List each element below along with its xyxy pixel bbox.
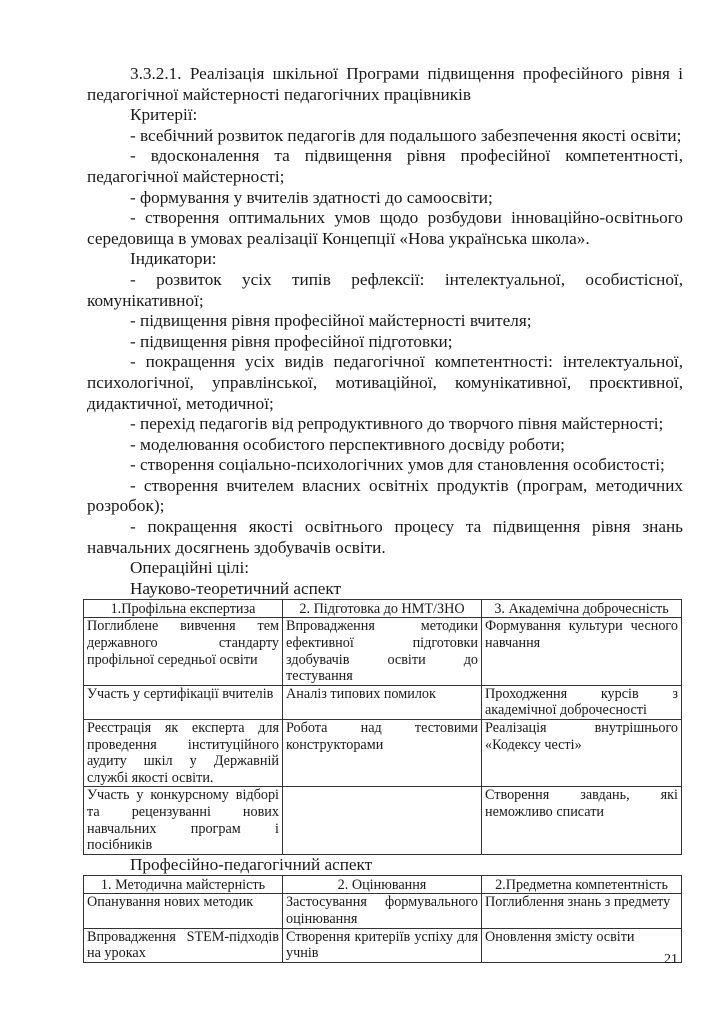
table1-caption: Науково-теоретичний аспект bbox=[87, 579, 683, 599]
scientific-theoretical-table: 1.Профільна експертиза 2. Підготовка до … bbox=[83, 599, 682, 855]
indicator-item: - створення вчителем власних освітніх пр… bbox=[87, 476, 683, 517]
document-page: 3.3.2.1. Реалізація шкільної Програми пі… bbox=[87, 64, 683, 963]
operational-goals-label: Операційні цілі: bbox=[87, 558, 683, 579]
table-header-cell: 2.Предметна компетентність bbox=[482, 875, 682, 894]
table-row: Впровадження STEM-підходів на уроках Ств… bbox=[84, 928, 682, 962]
criteria-item: - створення оптимальних умов щодо розбуд… bbox=[87, 208, 683, 249]
table-cell: Впровадження STEM-підходів на уроках bbox=[84, 928, 283, 962]
table-cell bbox=[283, 787, 482, 854]
table-header-cell: 2. Підготовка до НМТ/ЗНО bbox=[283, 599, 482, 618]
table2-caption: Професійно-педагогічний аспект bbox=[87, 855, 683, 875]
table-cell: Створення завдань, які неможливо списати bbox=[482, 787, 682, 854]
section-title: 3.3.2.1. Реалізація шкільної Програми пі… bbox=[87, 64, 683, 105]
indicator-item: - підвищення рівня професійної майстерно… bbox=[87, 311, 683, 332]
table-header-cell: 1.Профільна експертиза bbox=[84, 599, 283, 618]
section-title-line1: 3.3.2.1. Реалізація шкільної Програми пі… bbox=[130, 64, 683, 83]
indicator-item: - моделювання особистого перспективного … bbox=[87, 435, 683, 456]
table-cell: Створення критеріїв успіху для учнів bbox=[283, 928, 482, 962]
indicator-item: - розвиток усіх типів рефлексії: інтелек… bbox=[87, 270, 683, 311]
table-header-row: 1.Профільна експертиза 2. Підготовка до … bbox=[84, 599, 682, 618]
criteria-item: - формування у вчителів здатності до сам… bbox=[87, 188, 683, 209]
table-cell: Участь у конкурсному відборі та рецензув… bbox=[84, 787, 283, 854]
section-title-line2: педагогічної майстерності педагогічних п… bbox=[87, 85, 471, 104]
table-cell: Реалізація внутрішнього «Кодексу честі» bbox=[482, 720, 682, 787]
table-cell: Проходження курсів з академічної доброче… bbox=[482, 685, 682, 719]
professional-pedagogical-table: 1. Методична майстерність 2. Оцінювання … bbox=[83, 875, 682, 963]
table-row: Реєстрація як експерта для проведення ін… bbox=[84, 720, 682, 787]
table-header-cell: 2. Оцінювання bbox=[283, 875, 482, 894]
indicator-item: - перехід педагогів від репродуктивного … bbox=[87, 414, 683, 435]
table-cell: Впровадження методики ефективної підгото… bbox=[283, 618, 482, 685]
criteria-item: - вдосконалення та підвищення рівня проф… bbox=[87, 146, 683, 187]
indicator-item: - покращення якості освітнього процесу т… bbox=[87, 517, 683, 558]
table-cell: Реєстрація як експерта для проведення ін… bbox=[84, 720, 283, 787]
table-cell: Опанування нових методик bbox=[84, 894, 283, 928]
table-header-row: 1. Методична майстерність 2. Оцінювання … bbox=[84, 875, 682, 894]
criteria-item: - всебічний розвиток педагогів для подал… bbox=[87, 126, 683, 147]
table-row: Участь у конкурсному відборі та рецензув… bbox=[84, 787, 682, 854]
table-cell: Аналіз типових помилок bbox=[283, 685, 482, 719]
indicator-item: - покращення усіх видів педагогічної ком… bbox=[87, 352, 683, 414]
table-header-cell: 1. Методична майстерність bbox=[84, 875, 283, 894]
table-header-cell: 3. Академічна доброчесність bbox=[482, 599, 682, 618]
table-cell: Оновлення змісту освіти bbox=[482, 928, 682, 962]
table-row: Поглиблене вивчення тем державного станд… bbox=[84, 618, 682, 685]
indicator-item: - підвищення рівня професійної підготовк… bbox=[87, 332, 683, 353]
table-cell: Поглиблене вивчення тем державного станд… bbox=[84, 618, 283, 685]
table-cell: Формування культури чесного навчання bbox=[482, 618, 682, 685]
table-cell: Робота над тестовими конструкторами bbox=[283, 720, 482, 787]
criteria-label: Критерії: bbox=[87, 105, 683, 126]
table-cell: Поглиблення знань з предмету bbox=[482, 894, 682, 928]
table-cell: Участь у сертифікації вчителів bbox=[84, 685, 283, 719]
page-number: 21 bbox=[664, 952, 678, 968]
table-row: Участь у сертифікації вчителів Аналіз ти… bbox=[84, 685, 682, 719]
indicators-label: Індикатори: bbox=[87, 249, 683, 270]
table-cell: Застосування формувального оцінювання bbox=[283, 894, 482, 928]
indicator-item: - створення соціально-психологічних умов… bbox=[87, 455, 683, 476]
table-row: Опанування нових методик Застосування фо… bbox=[84, 894, 682, 928]
